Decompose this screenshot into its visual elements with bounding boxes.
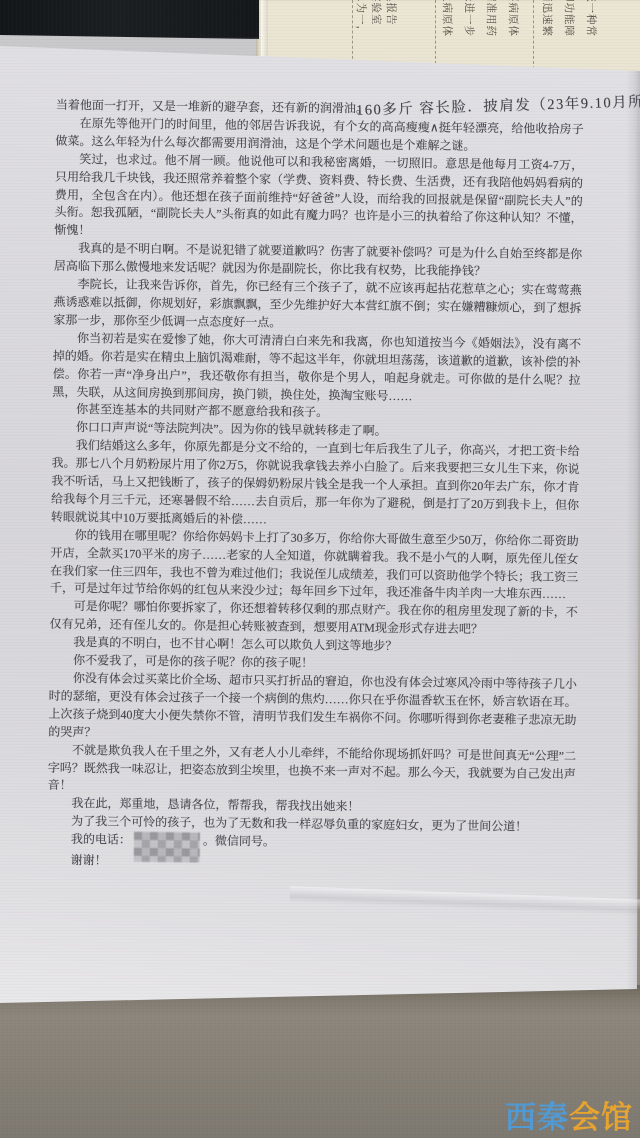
letter-paragraph: 不就是欺负我人在千里之外，又有老人小儿牵绊，不能给你现场抓奸吗？可是世间真无“公… xyxy=(47,741,576,801)
watermark-orange-text: 会馆 xyxy=(569,1100,633,1135)
letter-body: 160多斤 容长脸．披肩发（23年9.10月所见） 当着他面一打开，又是一堆新的… xyxy=(47,97,584,876)
rotated-text-column: 具报告 xyxy=(383,0,397,26)
rotated-text-column: 未进一步 xyxy=(461,0,475,37)
letter-paragraph: 你的钱用在哪里呢？你给你妈妈卡上打了30多万，你给你大哥做生意至少50万，你给你… xyxy=(50,526,579,604)
letter-paragraph: 你当初若是实在爱惨了她，你大可清清白白来先和我离，你也知道按当今《婚姻法》，没有… xyxy=(52,330,581,408)
rotated-text-column: 菌迅速繁 xyxy=(539,0,553,37)
rotated-text-column: 精准用药 xyxy=(483,0,497,37)
rotated-text-column: 生病原体 xyxy=(439,0,453,37)
watermark-blue-text: 西秦 xyxy=(505,1100,569,1135)
watermark: 西秦会馆 xyxy=(505,1092,633,1137)
redacted-phone-number xyxy=(134,832,200,863)
rotated-text-column: 御功能障 xyxy=(561,0,575,37)
phone-suffix: 。微信同号。 xyxy=(203,834,275,849)
letter-paragraph: 在原先等他开门的时间里，他的邻居告诉我说，有个女的高高瘦瘦∧挺年轻漂亮，给他收拾… xyxy=(55,115,583,157)
letter-paragraph: 你没有体会过买菜比价全场、超市只买打折品的窘迫，你也没有体会过寒风冷雨中等待孩子… xyxy=(48,670,577,748)
rotated-text-column: 要病原体 xyxy=(505,0,519,37)
letter-paragraph: 我们结婚这么多年，你原先都是分文不给的，一直到七年后我生了儿子，你高兴，才把工资… xyxy=(51,437,580,533)
rotated-text-column: 统一种常 xyxy=(583,0,597,37)
dark-desk-object xyxy=(0,0,259,40)
letter-paragraph: 笑过，也求过。他不屑一顾。他说他可以和我秘密离婚，一切照旧。意思是他每月工资4-… xyxy=(54,150,583,246)
phone-label: 我的电话： xyxy=(71,832,131,847)
letter-paragraph: 李院长，让我来告诉你，首先，你已经有三个孩子了，就不应该再起拈花惹草之心；实在莺… xyxy=(53,276,582,336)
rotated-text-column: 二为一， xyxy=(353,0,367,37)
rotated-text-column: 实验室 xyxy=(368,0,382,26)
